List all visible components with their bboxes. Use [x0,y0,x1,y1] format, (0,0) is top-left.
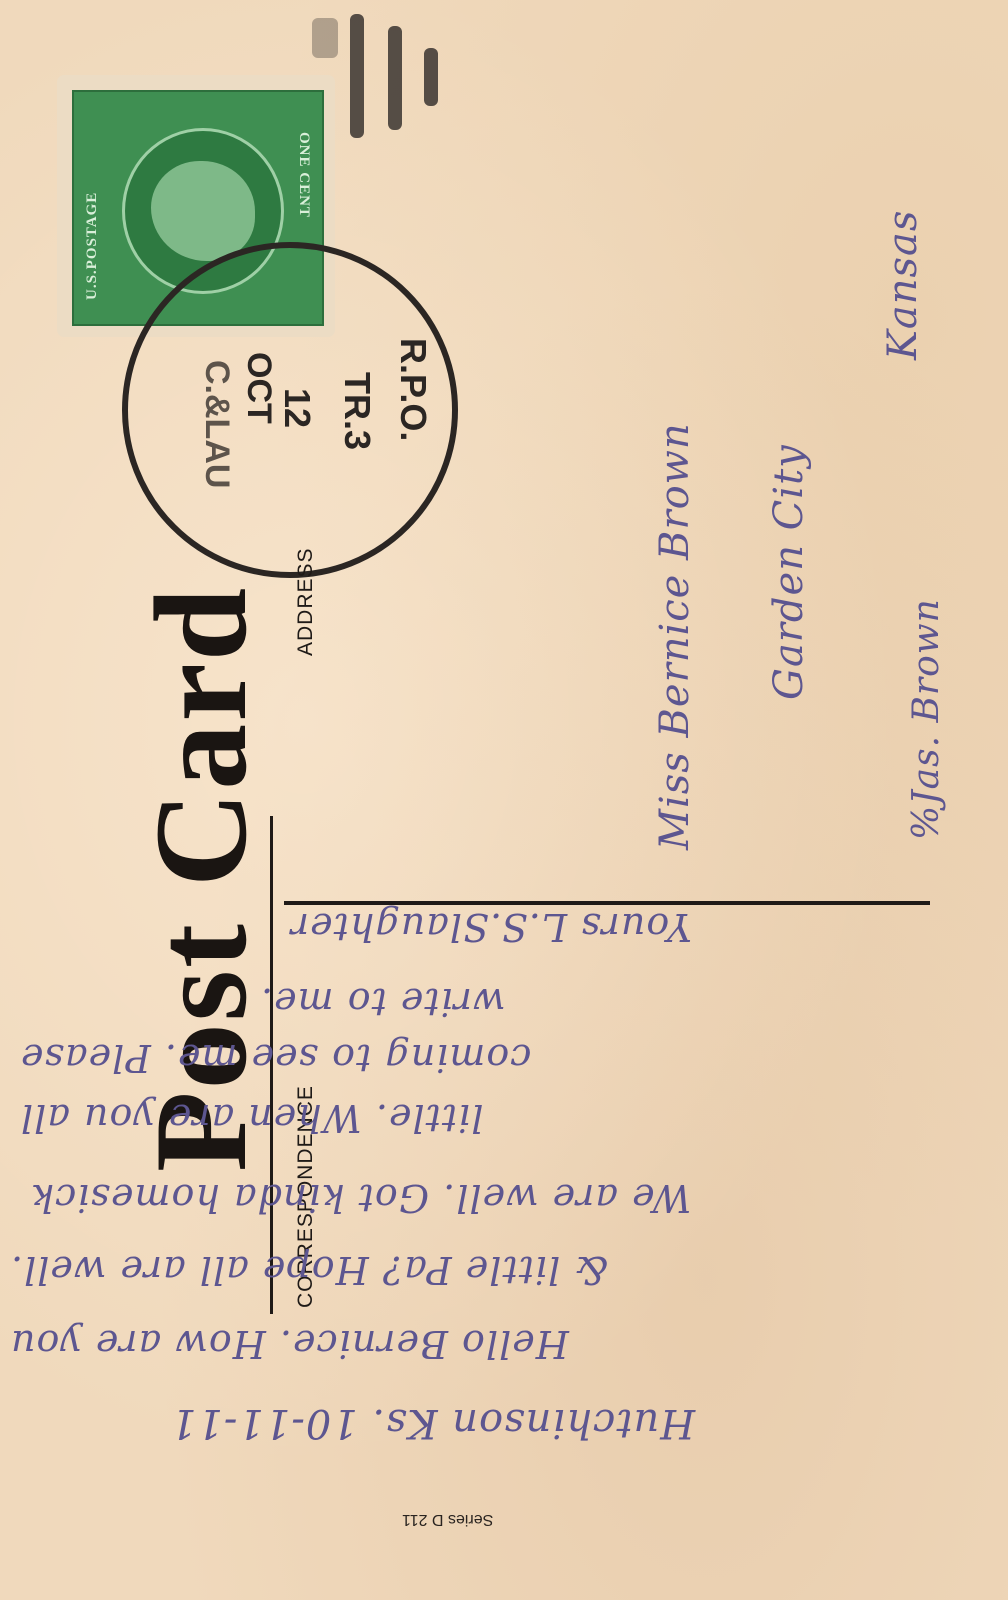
stamp-right-text: ONE CENT [295,132,312,218]
postmark-place: C.&LAU [197,360,236,488]
stamp-left-text: U.S.POSTAGE [84,192,101,300]
message-line: write to me. [260,980,506,1024]
postcard-title: Post Card [124,586,277,1172]
postmark-month: OCT [239,352,278,424]
message-line: Yours L.S.Slaughter [290,905,692,949]
message-header: Hutchinson Ks. 10-11-11 [170,1400,695,1446]
series-number: Series D 211 [402,1510,493,1528]
message-line: Hello Bernice. How are you [10,1322,569,1366]
message-line: coming to see me. Please [20,1036,532,1080]
message-line: little. When are you all [20,1096,483,1140]
message-line: & little Pa? Hope all are well. [10,1248,608,1292]
address-line-4: %Jas. Brown [906,598,947,840]
postcard-back: U.S.POSTAGE ONE CENT C.&LAU OCT 12 TR.3 … [0,0,1008,1600]
postmark-day: 12 [276,388,318,428]
address-line-2: Garden City [766,444,812,700]
address-label: ADDRESS [294,547,318,656]
address-line-3: Kansas [880,210,926,360]
message-line: We are well. Got kinda homesick [30,1176,692,1220]
postmark-service: R.P.O. [392,338,434,441]
address-line-1: Miss Bernice Brown [652,422,698,850]
